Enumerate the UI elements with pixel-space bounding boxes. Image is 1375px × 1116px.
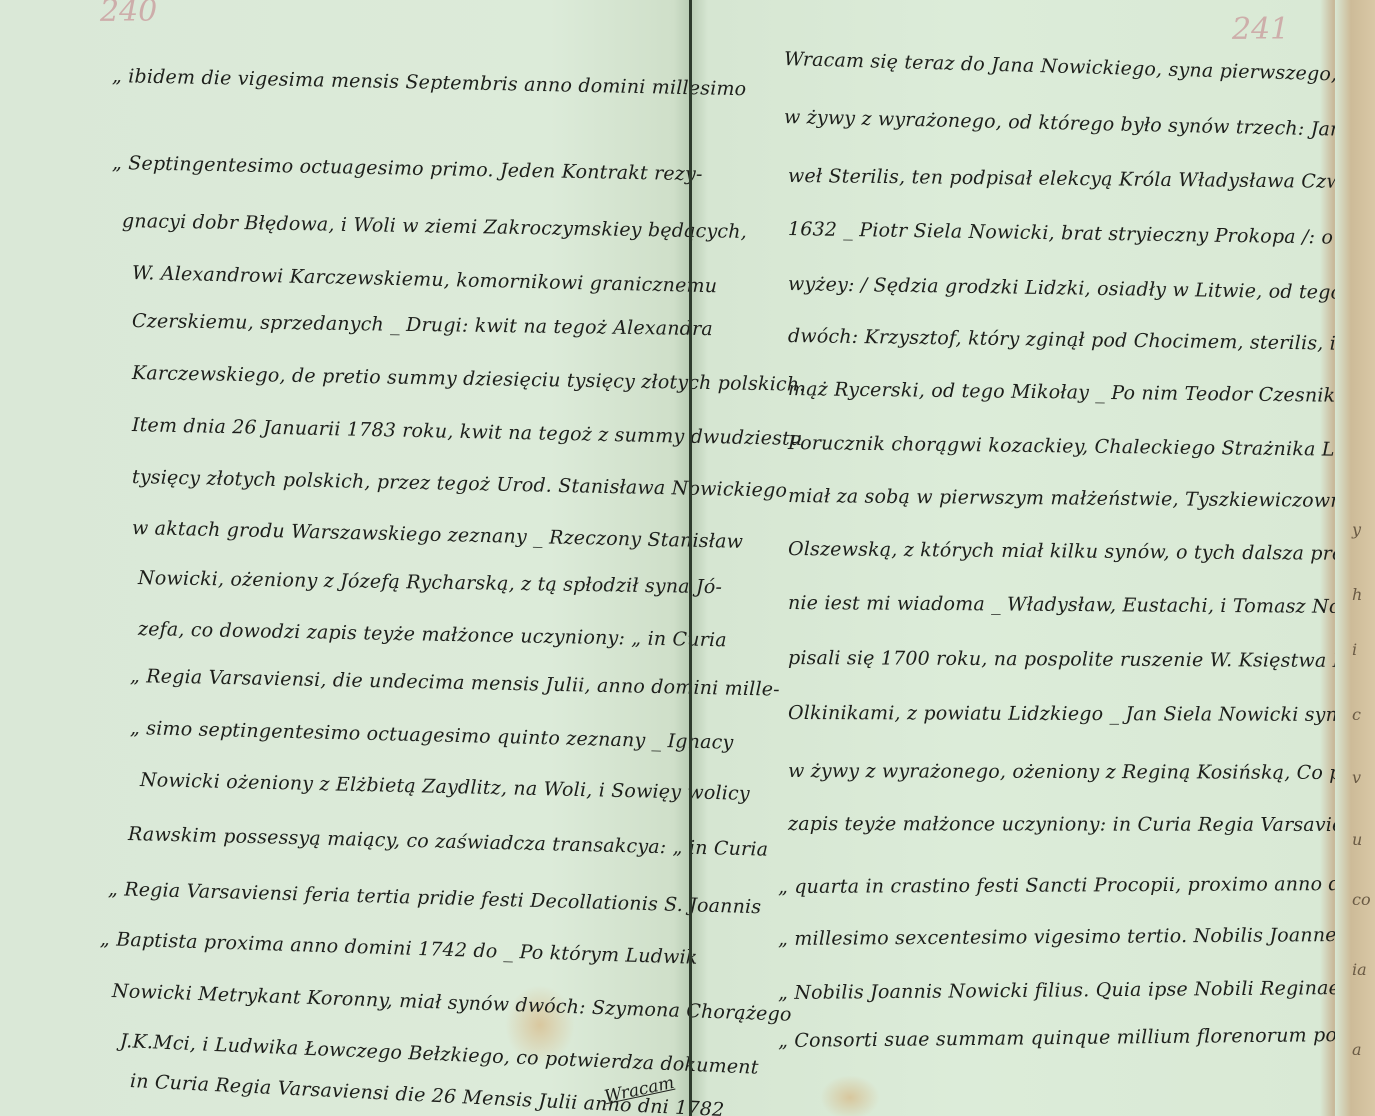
text-line: zapis teyże małżonce uczyniony: in Curia… <box>788 813 1375 836</box>
right-page: 241 Wracam się teraz do Jana Nowickiego,… <box>692 0 1342 1116</box>
text-line: „ simo septingentesimo octuagesimo quint… <box>130 717 734 754</box>
text-line: gnacyi dobr Błędowa, i Woli w ziemi Zakr… <box>122 210 747 243</box>
edge-fragment: a <box>1352 1040 1362 1059</box>
text-line: Porucznik chorągwi kozackiey, Chaleckieg… <box>788 432 1375 462</box>
text-line: Nowicki, ożeniony z Józefą Rycharską, z … <box>138 567 722 598</box>
text-line: „ Septingentesimo octuagesimo primo. Jed… <box>112 152 703 185</box>
text-line: „ Regia Varsaviensi, die undecima mensis… <box>130 665 780 701</box>
text-line: Olkinikami, z powiatu Lidzkiego _ Jan Si… <box>788 702 1375 726</box>
text-line: „ Nobilis Joannis Nowicki filius. Quia i… <box>778 976 1375 1004</box>
text-line: „ Consorti suae summam quinque millium f… <box>778 1022 1375 1052</box>
text-line: „ Baptista proxima anno domini 1742 do _… <box>100 928 698 969</box>
next-page-edge <box>1335 0 1375 1116</box>
folio-number: 240 <box>100 0 157 29</box>
text-line: w aktach grodu Warszawskiego zeznany _ R… <box>132 517 744 553</box>
manuscript-spread: 240 „ ibidem die vigesima mensis Septemb… <box>0 0 1375 1116</box>
edge-fragment: v <box>1352 768 1361 787</box>
text-line: miał za sobą w pierwszym małżeństwie, Ty… <box>788 485 1375 513</box>
edge-fragment: ia <box>1352 960 1367 979</box>
text-line: Olszewską, z których miał kilku synów, o… <box>788 538 1375 565</box>
text-line: 1632 _ Piotr Siela Nowicki, brat stryiec… <box>788 218 1375 250</box>
text-line: Nowicki ożeniony z Elżbietą Zaydlitz, na… <box>140 769 750 805</box>
text-line: „ Regia Varsaviensi feria tertia pridie … <box>108 878 762 918</box>
text-line: weł Sterilis, ten podpisał elekcyą Króla… <box>788 165 1375 194</box>
edge-fragment: h <box>1352 585 1362 604</box>
text-line: Rawskim possessyą maiący, co zaświadcza … <box>128 823 769 861</box>
text-line: w żywy z wyrażonego, od którego było syn… <box>784 106 1375 143</box>
text-line: zefa, co dowodzi zapis teyże małżonce uc… <box>138 618 727 651</box>
edge-fragment: y <box>1352 520 1361 539</box>
text-line: wyżey: / Sędzia grodzki Lidzki, osiadły … <box>788 273 1375 306</box>
text-line: „ ibidem die vigesima mensis Septembris … <box>112 65 747 100</box>
edge-fragment: c <box>1352 705 1361 724</box>
edge-fragment: co <box>1352 890 1371 909</box>
text-line: J.K.Mci, i Ludwika Łowczego Bełzkiego, c… <box>120 1030 759 1079</box>
text-line: nie iest mi wiadoma _ Władysław, Eustach… <box>788 592 1375 618</box>
text-line: w żywy z wyrażonego, ożeniony z Reginą K… <box>788 760 1375 784</box>
text-line: mąż Rycerski, od tego Mikołay _ Po nim T… <box>788 378 1375 408</box>
edge-fragment: i <box>1352 640 1357 659</box>
edge-fragment: u <box>1352 830 1362 849</box>
text-line: pisali się 1700 roku, na pospolite rusze… <box>788 647 1375 673</box>
folio-number: 241 <box>1232 12 1289 47</box>
text-line: Wracam się teraz do Jana Nowickiego, syn… <box>784 48 1375 88</box>
text-line: Czerskiemu, sprzedanych _ Drugi: kwit na… <box>132 310 713 340</box>
text-line: „ quarta in crastino festi Sancti Procop… <box>778 873 1375 898</box>
text-line: „ millesimo sexcentesimo vigesimo tertio… <box>778 923 1375 950</box>
text-line: dwóch: Krzysztof, który zginął pod Choci… <box>788 325 1375 356</box>
left-page: 240 „ ibidem die vigesima mensis Septemb… <box>0 0 690 1116</box>
text-line: W. Alexandrowi Karczewskiemu, komornikow… <box>132 262 718 297</box>
